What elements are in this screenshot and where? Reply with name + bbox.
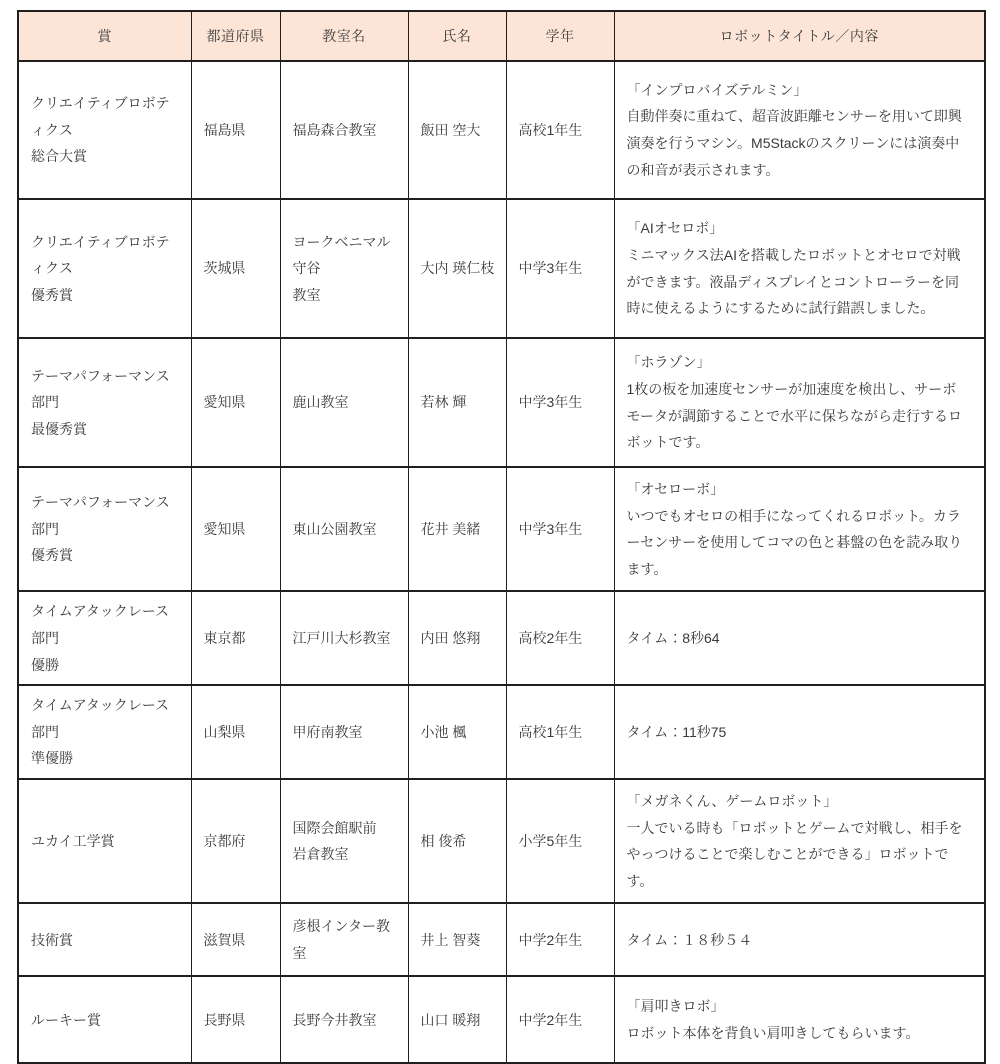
cell-prefecture: 滋賀県 — [191, 903, 280, 976]
cell-grade: 小学5年生 — [506, 779, 614, 903]
cell-name: 花井 美緒 — [408, 467, 506, 591]
column-header: 都道府県 — [191, 11, 280, 61]
column-header: 氏名 — [408, 11, 506, 61]
table-row: タイムアタックレース部門 優勝 東京都 江戸川大杉教室 内田 悠翔 高校2年生 … — [18, 591, 985, 685]
cell-award: ユカイ工学賞 — [18, 779, 191, 903]
cell-grade: 高校1年生 — [506, 685, 614, 779]
cell-content: タイム：11秒75 — [614, 685, 985, 779]
table-row: クリエイティブロボティクス 優秀賞 茨城県 ヨークベニマル守谷 教室 大内 瑛仁… — [18, 199, 985, 338]
cell-classroom: 鹿山教室 — [280, 338, 408, 467]
cell-prefecture: 京都府 — [191, 779, 280, 903]
cell-grade: 中学2年生 — [506, 976, 614, 1063]
cell-classroom: 江戸川大杉教室 — [280, 591, 408, 685]
cell-prefecture: 愛知県 — [191, 467, 280, 591]
cell-award: クリエイティブロボティクス 優秀賞 — [18, 199, 191, 338]
cell-name: 山口 暖翔 — [408, 976, 506, 1063]
cell-classroom: 彦根インター教室 — [280, 903, 408, 976]
cell-prefecture: 山梨県 — [191, 685, 280, 779]
cell-grade: 高校2年生 — [506, 591, 614, 685]
cell-content: 「メガネくん、ゲームロボット」 一人でいる時も「ロボットとゲームで対戦し、相手を… — [614, 779, 985, 903]
table-row: テーマパフォーマンス部門 最優秀賞 愛知県 鹿山教室 若林 輝 中学3年生 「ホ… — [18, 338, 985, 467]
cell-name: 飯田 空大 — [408, 61, 506, 199]
cell-award: タイムアタックレース部門 準優勝 — [18, 685, 191, 779]
cell-classroom: 福島森合教室 — [280, 61, 408, 199]
cell-award: タイムアタックレース部門 優勝 — [18, 591, 191, 685]
cell-award: ルーキー賞 — [18, 976, 191, 1063]
cell-name: 内田 悠翔 — [408, 591, 506, 685]
column-header: 教室名 — [280, 11, 408, 61]
table-row: クリエイティブロボティクス 総合大賞 福島県 福島森合教室 飯田 空大 高校1年… — [18, 61, 985, 199]
cell-grade: 中学3年生 — [506, 199, 614, 338]
cell-prefecture: 福島県 — [191, 61, 280, 199]
cell-content: タイム：8秒64 — [614, 591, 985, 685]
cell-classroom: 長野今井教室 — [280, 976, 408, 1063]
table-row: ユカイ工学賞 京都府 国際会館駅前 岩倉教室 相 俊希 小学5年生 「メガネくん… — [18, 779, 985, 903]
cell-content: 「肩叩きロボ」 ロボット本体を背負い肩叩きしてもらいます。 — [614, 976, 985, 1063]
table-body: クリエイティブロボティクス 総合大賞 福島県 福島森合教室 飯田 空大 高校1年… — [18, 61, 985, 1063]
cell-prefecture: 愛知県 — [191, 338, 280, 467]
cell-classroom: 東山公園教室 — [280, 467, 408, 591]
cell-name: 相 俊希 — [408, 779, 506, 903]
cell-classroom: ヨークベニマル守谷 教室 — [280, 199, 408, 338]
cell-prefecture: 長野県 — [191, 976, 280, 1063]
cell-award: クリエイティブロボティクス 総合大賞 — [18, 61, 191, 199]
header-row: 賞都道府県教室名氏名学年ロボットタイトル／内容 — [18, 11, 985, 61]
cell-content: タイム：１８秒５４ — [614, 903, 985, 976]
cell-prefecture: 東京都 — [191, 591, 280, 685]
awards-table: 賞都道府県教室名氏名学年ロボットタイトル／内容 クリエイティブロボティクス 総合… — [17, 10, 986, 1064]
cell-name: 若林 輝 — [408, 338, 506, 467]
cell-award: テーマパフォーマンス部門 最優秀賞 — [18, 338, 191, 467]
cell-award: テーマパフォーマンス部門 優秀賞 — [18, 467, 191, 591]
cell-prefecture: 茨城県 — [191, 199, 280, 338]
cell-grade: 高校1年生 — [506, 61, 614, 199]
cell-classroom: 国際会館駅前 岩倉教室 — [280, 779, 408, 903]
cell-grade: 中学3年生 — [506, 467, 614, 591]
cell-classroom: 甲府南教室 — [280, 685, 408, 779]
cell-award: 技術賞 — [18, 903, 191, 976]
column-header: 学年 — [506, 11, 614, 61]
cell-name: 大内 瑛仁枝 — [408, 199, 506, 338]
cell-content: 「AIオセロボ」 ミニマックス法AIを搭載したロボットとオセロで対戦ができます。… — [614, 199, 985, 338]
table-row: ルーキー賞 長野県 長野今井教室 山口 暖翔 中学2年生 「肩叩きロボ」 ロボッ… — [18, 976, 985, 1063]
column-header: 賞 — [18, 11, 191, 61]
cell-grade: 中学3年生 — [506, 338, 614, 467]
awards-page: 賞都道府県教室名氏名学年ロボットタイトル／内容 クリエイティブロボティクス 総合… — [0, 0, 1000, 1064]
table-row: 技術賞 滋賀県 彦根インター教室 井上 智葵 中学2年生 タイム：１８秒５４ — [18, 903, 985, 976]
table-row: タイムアタックレース部門 準優勝 山梨県 甲府南教室 小池 楓 高校1年生 タイ… — [18, 685, 985, 779]
cell-grade: 中学2年生 — [506, 903, 614, 976]
cell-name: 小池 楓 — [408, 685, 506, 779]
cell-content: 「オセローボ」 いつでもオセロの相手になってくれるロボット。カラーセンサーを使用… — [614, 467, 985, 591]
column-header: ロボットタイトル／内容 — [614, 11, 985, 61]
table-row: テーマパフォーマンス部門 優秀賞 愛知県 東山公園教室 花井 美緒 中学3年生 … — [18, 467, 985, 591]
cell-name: 井上 智葵 — [408, 903, 506, 976]
cell-content: 「ホラゾン」 1枚の板を加速度センサーが加速度を検出し、サーボモータが調節するこ… — [614, 338, 985, 467]
cell-content: 「インプロバイズテルミン」 自動伴奏に重ねて、超音波距離センサーを用いて即興演奏… — [614, 61, 985, 199]
